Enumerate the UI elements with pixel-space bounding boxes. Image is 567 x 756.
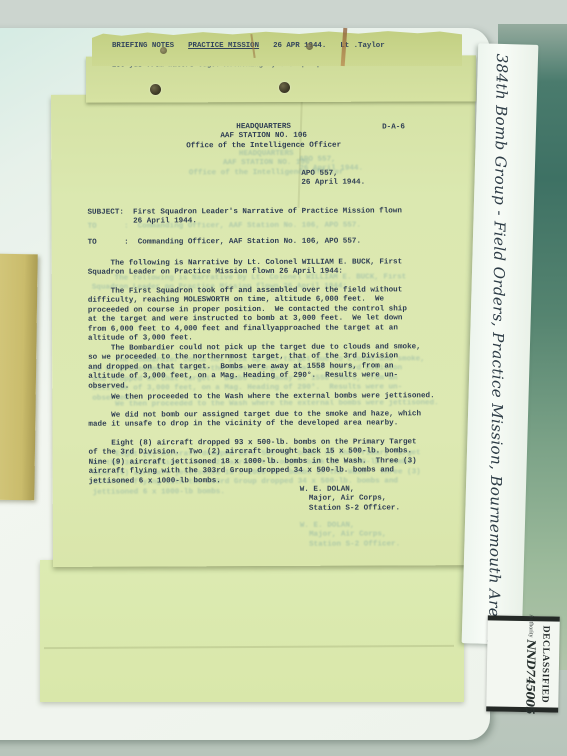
archival-scan-photo: HEADQUARTERS AAF STATION NO. 106 Office …: [0, 0, 567, 756]
punch-hole: [160, 47, 167, 54]
punch-hole: [306, 43, 313, 50]
memo-paragraph: The First Squadron took off and assemble…: [88, 286, 468, 344]
briefing-mission: PRACTICE MISSION: [188, 42, 259, 51]
memo-paragraph: We did not bomb our assigned target due …: [88, 410, 468, 430]
briefing-notes-strip: BRIEFING NOTES PRACTICE MISSION 26 APR 1…: [92, 30, 462, 66]
signature-block: W. E. DOLAN, Major, Air Corps, Station S…: [300, 485, 400, 514]
stamp-authority-label: Authority: [527, 614, 535, 637]
blank-lower-sheet: [40, 560, 464, 702]
memo-page: HEADQUARTERS AAF STATION NO. 106 Office …: [51, 93, 477, 567]
subject-line: SUBJECT: First Squadron Leader's Narrati…: [87, 207, 467, 227]
stamp-authority-number: NND745005: [523, 639, 537, 714]
memo-paragraph: We then proceeded to the Wash where the …: [88, 392, 468, 403]
declassified-stamp: DECLASSIFIED Authority NND745005: [486, 615, 560, 712]
punch-hole: [150, 84, 161, 95]
apo-dateline: APO 557, 26 April 1944.: [301, 170, 365, 189]
memo-paragraph: The Bombardier could not pick up the tar…: [88, 343, 468, 392]
to-line: TO : Commanding Officer, AAF Station No.…: [88, 237, 468, 248]
briefing-author: Lt .Taylor: [340, 42, 384, 51]
handwritten-margin-note: 384th Bomb Group - Field Orders, Practic…: [467, 53, 527, 640]
memo-paragraph: Eight (8) aircraft dropped 93 x 500-lb. …: [88, 438, 468, 487]
ghost-signature: W. E. DOLAN, Major, Air Corps, Station S…: [300, 521, 400, 550]
tan-paper-edge: [0, 254, 38, 501]
memo-paragraph: The following is Narrative by Lt. Colone…: [88, 258, 468, 278]
punch-hole: [279, 82, 290, 93]
reference-code: D-A-6: [382, 123, 405, 133]
stamp-content: DECLASSIFIED Authority NND745005: [494, 623, 551, 706]
stamp-title: DECLASSIFIED: [538, 623, 551, 705]
stamp-border-bar: [488, 615, 560, 621]
briefing-date-stamp: 26 APR 1944.: [273, 42, 326, 51]
paper-crease: [298, 96, 303, 208]
memo-heading: HEADQUARTERS AAF STATION NO. 106 Office …: [146, 122, 381, 151]
